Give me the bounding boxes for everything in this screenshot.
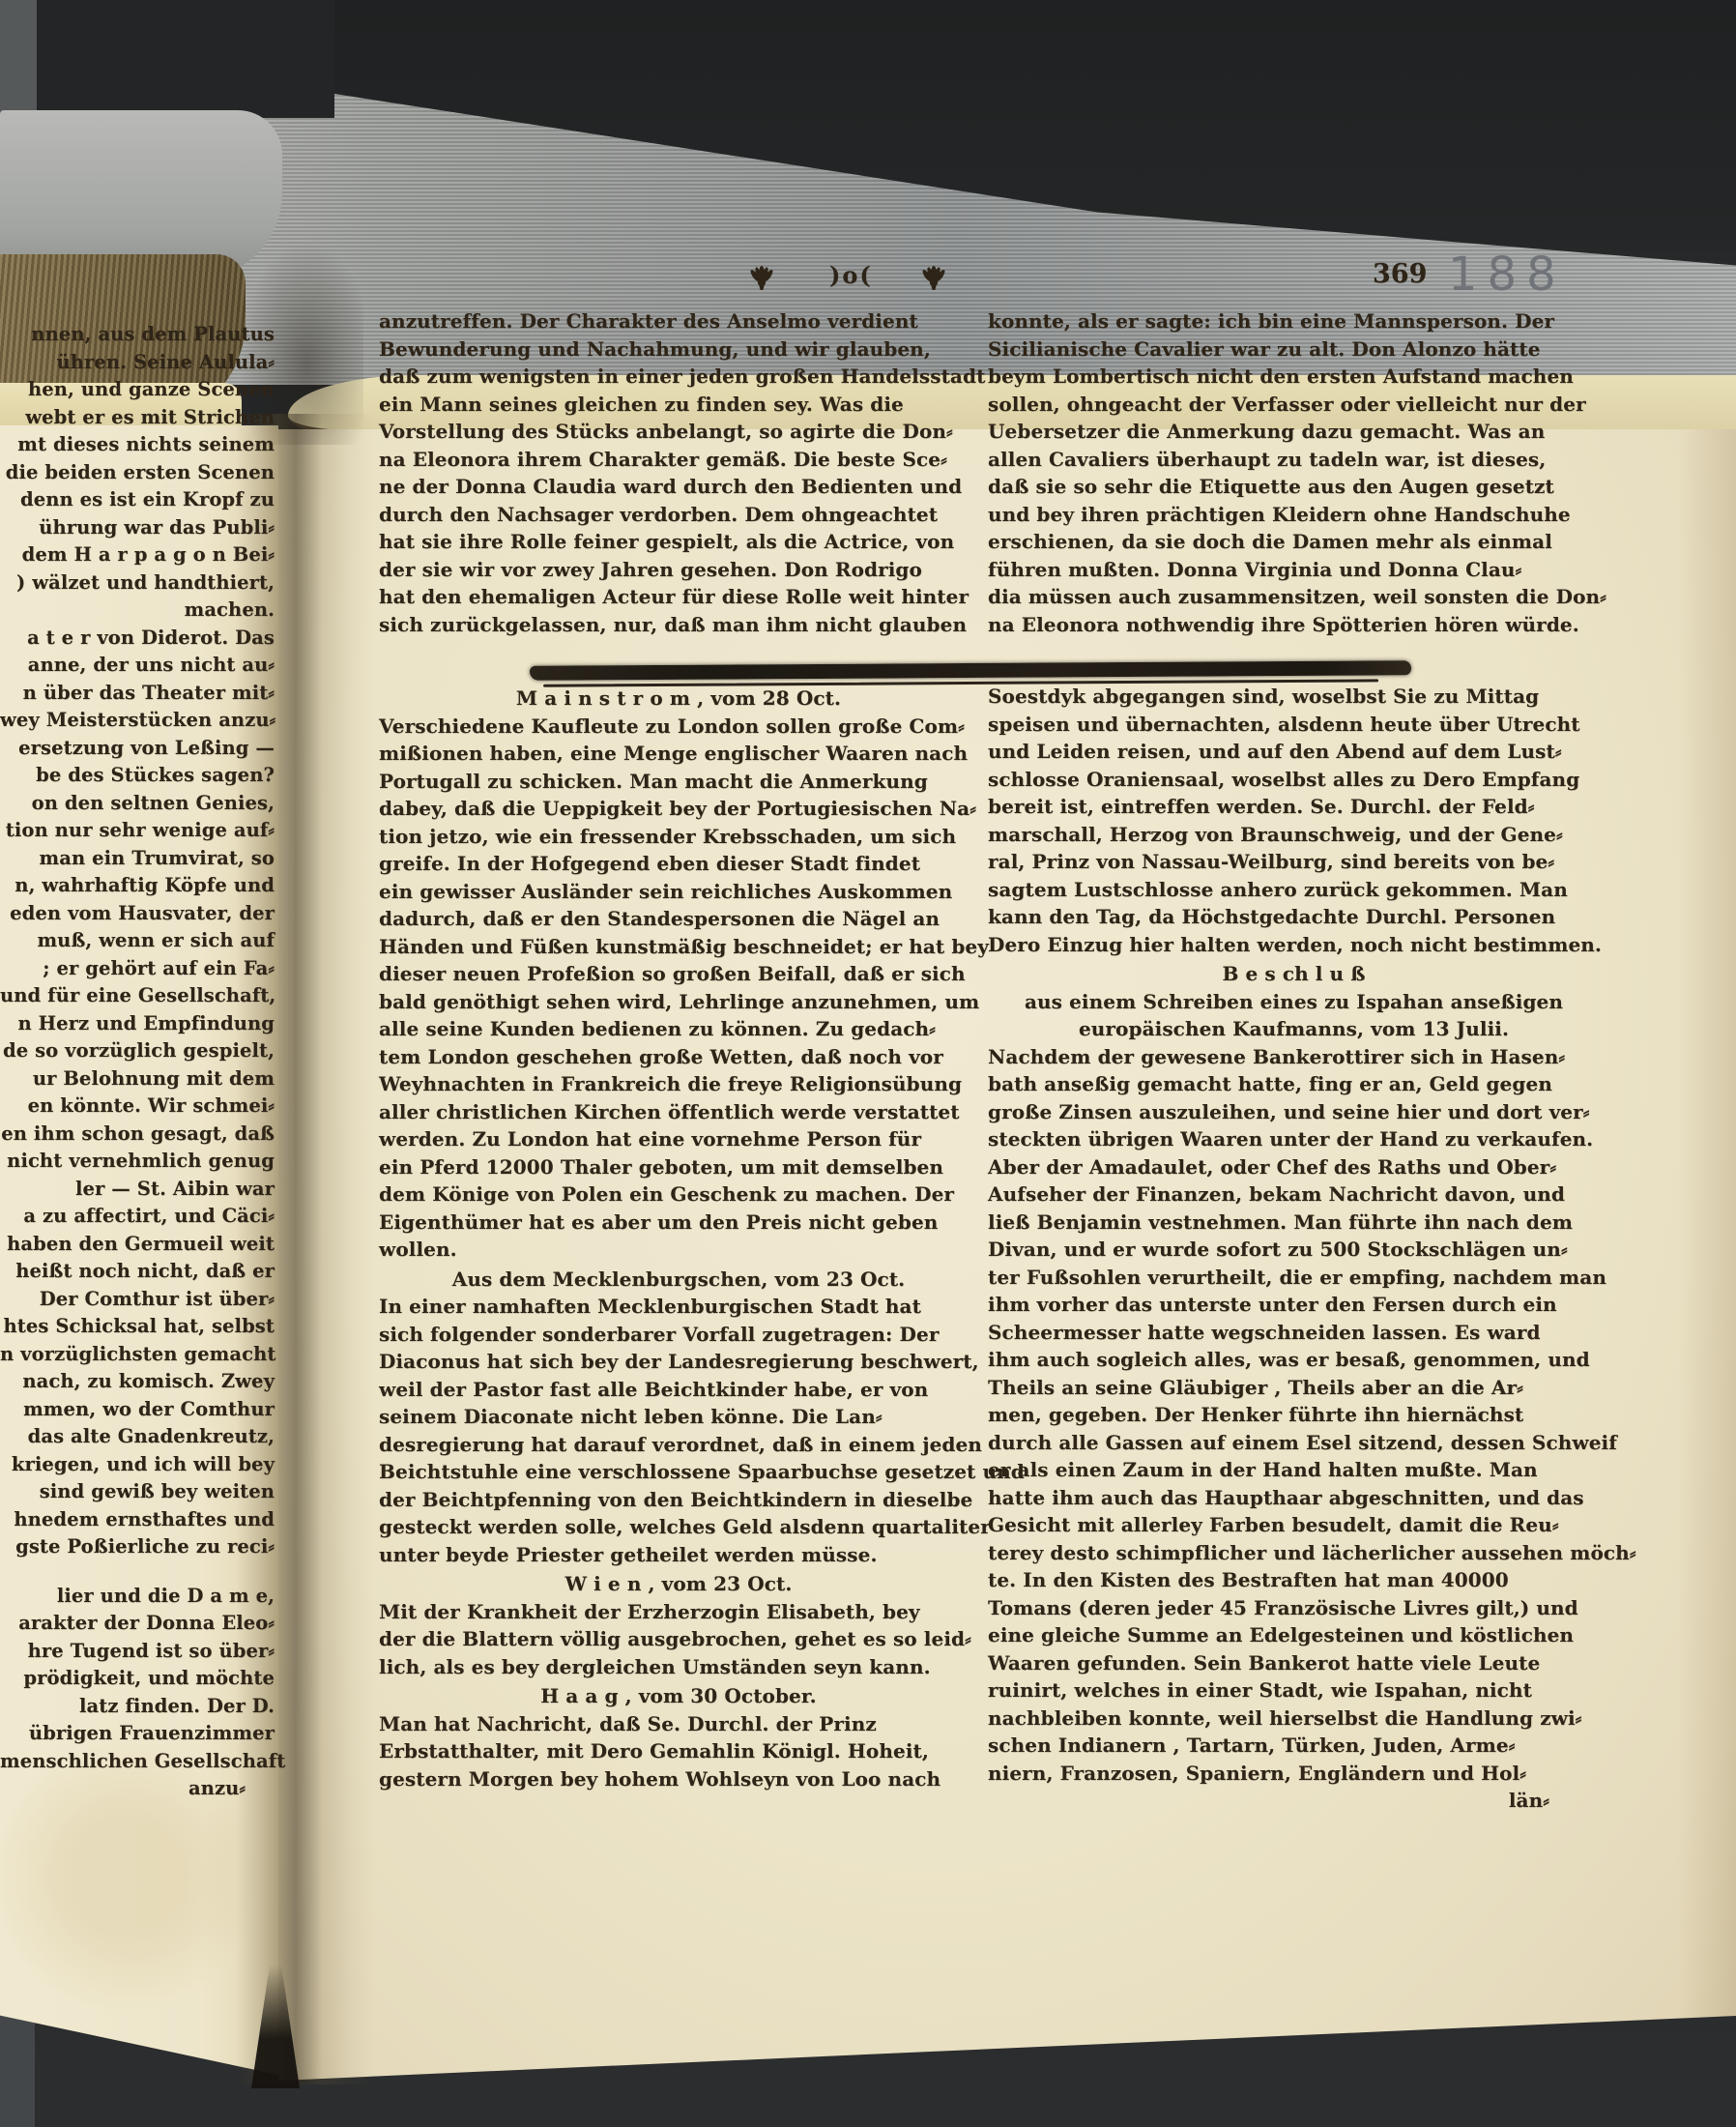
- text-line: konnte, als er sagte: ich bin eine Manns…: [988, 307, 1600, 335]
- section-lines: Man hat Nachricht, daß Se. Durchl. der P…: [379, 1710, 978, 1793]
- text-line: er als einen Zaum in der Hand halten muß…: [988, 1456, 1600, 1484]
- text-line: nnen, aus dem Plautus: [0, 321, 275, 349]
- text-line: lier und die D a m e,: [0, 1583, 275, 1611]
- text-line: ral, Prinz von Nassau-Weilburg, sind ber…: [988, 848, 1600, 876]
- text-line: Man hat Nachricht, daß Se. Durchl. der P…: [379, 1710, 978, 1738]
- text-line: und bey ihren prächtigen Kleidern ohne H…: [988, 501, 1600, 529]
- text-line: niern, Franzosen, Spaniern, Engländern u…: [988, 1760, 1600, 1788]
- text-line: Vorstellung des Stücks anbelangt, so agi…: [379, 418, 978, 446]
- text-line: nicht vernehmlich genug: [0, 1148, 275, 1176]
- text-line: haben den Germueil weit: [0, 1231, 275, 1259]
- section-heading: M a i n s t r o m , vom 28 Oct.: [379, 685, 978, 713]
- text-line: In einer namhaften Mecklenburgischen Sta…: [379, 1293, 978, 1321]
- text-line: schlosse Oraniensaal, woselbst alles zu …: [988, 766, 1600, 794]
- text-line: ter Fußsohlen verurtheilt, die er empfin…: [988, 1264, 1600, 1292]
- text-line: htes Schicksal hat, selbst: [0, 1313, 275, 1341]
- text-line: sollen, ohngeacht der Verfasser oder vie…: [988, 391, 1600, 419]
- text-line: ur Belohnung mit dem: [0, 1065, 275, 1093]
- text-line: sich zurückgelassen, nur, daß man ihm ni…: [379, 611, 978, 639]
- text-line: der sie wir vor zwey Jahren gesehen. Don…: [379, 556, 978, 584]
- text-line: Mit der Krankheit der Erzherzogin Elisab…: [379, 1598, 978, 1626]
- text-line: dadurch, daß er den Standespersonen die …: [379, 905, 978, 933]
- text-line: hre Tugend ist so über⸗: [0, 1638, 275, 1666]
- news-section-mecklenburg: Aus dem Mecklenburgschen, vom 23 Oct. In…: [379, 1266, 978, 1569]
- text-line: ührung war das Publi⸗: [0, 514, 275, 542]
- text-line: und Leiden reisen, und auf den Abend auf…: [988, 738, 1600, 766]
- text-line: dabey, daß die Ueppigkeit bey der Portug…: [379, 795, 978, 823]
- text-line: tem London geschehen große Wetten, daß n…: [379, 1043, 978, 1071]
- book-scan-photo: )o( 369 188 nnen, aus dem Plautusühren. …: [0, 0, 1736, 2127]
- catchword: län⸗: [988, 1787, 1600, 1815]
- text-line: schen Indianern , Tartarn, Türken, Juden…: [988, 1732, 1600, 1760]
- text-line: Dero Einzug hier halten werden, noch nic…: [988, 931, 1600, 959]
- text-line: ein Mann seines gleichen zu finden sey. …: [379, 391, 978, 419]
- text-line: gesteckt werden solle, welches Geld alsd…: [379, 1513, 978, 1541]
- text-line: Theils an seine Gläubiger , Theils aber …: [988, 1374, 1600, 1402]
- text-line: der Beichtpfenning von den Beichtkindern…: [379, 1486, 978, 1514]
- text-line: allen Cavaliers überhaupt zu tadeln war,…: [988, 446, 1600, 474]
- text-line: ) wälzet und handthiert,: [0, 569, 275, 597]
- text-line: erschienen, da sie doch die Damen mehr a…: [988, 528, 1600, 556]
- section-heading: Aus dem Mecklenburgschen, vom 23 Oct.: [379, 1266, 978, 1294]
- text-line: prödigkeit, und möchte: [0, 1665, 275, 1693]
- text-line: Erbstatthalter, mit Dero Gemahlin Königl…: [379, 1737, 978, 1765]
- text-line: übrigen Frauenzimmer: [0, 1720, 275, 1748]
- text-line: mt dieses nichts seinem: [0, 431, 275, 459]
- text-line: en könnte. Wir schmei⸗: [0, 1093, 275, 1121]
- text-line: terey desto schimpflicher und lächerlich…: [988, 1539, 1600, 1567]
- text-line: beym Lombertisch nicht den ersten Aufsta…: [988, 363, 1600, 391]
- text-line: n über das Theater mit⸗: [0, 680, 275, 708]
- text-line: Soestdyk abgegangen sind, woselbst Sie z…: [988, 683, 1600, 711]
- text-line: dia müssen auch zusammensitzen, weil son…: [988, 583, 1600, 611]
- text-line: tion nur sehr wenige auf⸗: [0, 817, 275, 845]
- text-line: durch alle Gassen auf einem Esel sitzend…: [988, 1429, 1600, 1457]
- text-line: on den seltnen Genies,: [0, 790, 275, 818]
- text-line: ruinirt, welches in einer Stadt, wie Isp…: [988, 1676, 1600, 1705]
- text-line: te. In den Kisten des Bestraften hat man…: [988, 1566, 1600, 1594]
- subtitle-line: aus einem Schreiben eines zu Ispahan ans…: [988, 988, 1600, 1016]
- text-line: anzutreffen. Der Charakter des Anselmo v…: [379, 307, 978, 335]
- text-line: man ein Trumvirat, so: [0, 845, 275, 873]
- text-line: denn es ist ein Kropf zu: [0, 486, 275, 514]
- text-line: speisen und übernachten, alsdenn heute ü…: [988, 711, 1600, 739]
- text-line: lich, als es bey dergleichen Umständen s…: [379, 1653, 978, 1681]
- text-line: Scheermesser hatte wegschneiden lassen. …: [988, 1319, 1600, 1347]
- text-line: Nachdem der gewesene Bankerottirer sich …: [988, 1043, 1600, 1071]
- text-line: dem H a r p a g o n Bei⸗: [0, 541, 275, 569]
- text-line: kann den Tag, da Höchstgedachte Durchl. …: [988, 903, 1600, 931]
- text-line: Bewunderung und Nachahmung, und wir glau…: [379, 335, 978, 364]
- text-line: mmen, wo der Comthur: [0, 1396, 275, 1424]
- left-page-text-column: nnen, aus dem Plautusühren. Seine Aulula…: [0, 321, 275, 1803]
- text-line: unter beyde Priester getheilet werden mü…: [379, 1541, 978, 1569]
- text-line: en ihm schon gesagt, daß: [0, 1121, 275, 1149]
- text-line: sind gewiß bey weiten: [0, 1478, 275, 1506]
- left-page-line-list-2: lier und die D a m e,arakter der Donna E…: [0, 1583, 275, 1776]
- book-cover-top-left: [0, 0, 334, 118]
- text-line: große Zinsen auszuleihen, und seine hier…: [988, 1098, 1600, 1126]
- shell-ornament-icon: [746, 263, 777, 298]
- text-line: daß zum wenigsten in einer jeden großen …: [379, 363, 978, 391]
- text-line: führen mußten. Donna Virginia und Donna …: [988, 556, 1600, 584]
- text-line: Portugall zu schicken. Man macht die Anm…: [379, 768, 978, 796]
- text-line: Sicilianische Cavalier war zu alt. Don A…: [988, 335, 1600, 364]
- text-line: wey Meisterstücken anzu⸗: [0, 707, 275, 735]
- text-line: gste Poßierliche zu reci⸗: [0, 1533, 275, 1561]
- text-line: desregierung hat darauf verordnet, daß i…: [379, 1431, 978, 1459]
- text-line: men, gegeben. Der Henker führte ihn hier…: [988, 1401, 1600, 1429]
- text-line: ler — St. Aibin war: [0, 1176, 275, 1204]
- text-line: ersetzung von Leßing —: [0, 735, 275, 763]
- text-line: Waaren gefunden. Sein Bankerot hatte vie…: [988, 1649, 1600, 1677]
- text-line: hen, und ganze Scenen: [0, 376, 275, 404]
- section-heading: W i e n , vom 23 Oct.: [379, 1570, 978, 1598]
- text-line: bald genöthigt sehen wird, Lehrlinge anz…: [379, 988, 978, 1016]
- text-line: a zu affectirt, und Cäci⸗: [0, 1203, 275, 1231]
- text-line: anne, der uns nicht au⸗: [0, 652, 275, 680]
- text-line: bereit ist, eintreffen werden. Se. Durch…: [988, 793, 1600, 821]
- text-line: Aufseher der Finanzen, bekam Nachricht d…: [988, 1180, 1600, 1209]
- text-line: n, wahrhaftig Köpfe und: [0, 872, 275, 900]
- text-line: seinem Diaconate nicht leben könne. Die …: [379, 1403, 978, 1431]
- shell-ornament-icon: [918, 263, 949, 298]
- folio-stamp: 188: [1448, 248, 1566, 302]
- text-line: ihm vorher das unterste unter den Fersen…: [988, 1291, 1600, 1319]
- text-line: webt er es mit Strichen: [0, 404, 275, 432]
- text-line: machen.: [0, 597, 275, 625]
- text-line: und für eine Gesellschaft,: [0, 982, 275, 1010]
- text-line: Tomans (deren jeder 45 Französische Livr…: [988, 1594, 1600, 1622]
- text-line: na Eleonora nothwendig ihre Spötterien h…: [988, 611, 1600, 639]
- section-subtitle-lines: aus einem Schreiben eines zu Ispahan ans…: [988, 988, 1600, 1043]
- section-heading: H a a g , vom 30 October.: [379, 1682, 978, 1710]
- page-number: 369: [1373, 259, 1427, 289]
- section-lines: Nachdem der gewesene Bankerottirer sich …: [988, 1043, 1600, 1788]
- text-line: be des Stückes sagen?: [0, 762, 275, 790]
- text-line: ne der Donna Claudia ward durch den Bedi…: [379, 473, 978, 501]
- text-line: Gesicht mit allerley Farben besudelt, da…: [988, 1511, 1600, 1539]
- text-line: nach, zu komisch. Zwey: [0, 1368, 275, 1396]
- review-lines: anzutreffen. Der Charakter des Anselmo v…: [379, 307, 978, 638]
- text-line: Divan, und er wurde sofort zu 500 Stocks…: [988, 1236, 1600, 1264]
- text-line: Diaconus hat sich bey der Landesregierun…: [379, 1348, 978, 1376]
- text-line: tion jetzo, wie ein fressender Krebsscha…: [379, 823, 978, 851]
- text-line: ein Pferd 12000 Thaler geboten, um mit d…: [379, 1153, 978, 1181]
- text-line: steckten übrigen Waaren unter der Hand z…: [988, 1125, 1600, 1153]
- text-line: arakter der Donna Eleo⸗: [0, 1610, 275, 1638]
- news-section-mainstrom: M a i n s t r o m , vom 28 Oct. Verschie…: [379, 685, 978, 1264]
- text-line: ließ Benjamin vestnehmen. Man führte ihn…: [988, 1209, 1600, 1237]
- news-section-haag: H a a g , vom 30 October. Man hat Nachri…: [379, 1682, 978, 1792]
- text-line: Händen und Füßen kunstmäßig beschneidet;…: [379, 933, 978, 961]
- right-page-column-2: konnte, als er sagte: ich bin eine Manns…: [988, 307, 1600, 1815]
- subtitle-line: europäischen Kaufmanns, vom 13 Julii.: [988, 1015, 1600, 1043]
- text-line: Verschiedene Kaufleute zu London sollen …: [379, 713, 978, 741]
- catchword: anzu⸗: [0, 1775, 275, 1803]
- text-line: das alte Gnadenkreutz,: [0, 1423, 275, 1451]
- text-line: die beiden ersten Scenen: [0, 459, 275, 487]
- text-line: ein gewisser Ausländer sein reichliches …: [379, 878, 978, 906]
- text-line: a t e r von Diderot. Das: [0, 625, 275, 653]
- text-line: mißionen haben, eine Menge englischer Wa…: [379, 740, 978, 768]
- text-line: latz finden. Der D.: [0, 1693, 275, 1721]
- text-line: hatte ihm auch das Haupthaar abgeschnitt…: [988, 1484, 1600, 1512]
- text-line: hat sie ihre Rolle feiner gespielt, als …: [379, 528, 978, 556]
- text-line: hnedem ernsthaftes und: [0, 1506, 275, 1534]
- text-line: bath anseßig gemacht hatte, fing er an, …: [988, 1070, 1600, 1098]
- text-line: kriegen, und ich will bey: [0, 1451, 275, 1479]
- text-line: alle seine Kunden bedienen zu können. Zu…: [379, 1015, 978, 1043]
- text-line: ühren. Seine Aulula⸗: [0, 349, 275, 377]
- text-line: ihm auch sogleich alles, was er besaß, g…: [988, 1346, 1600, 1374]
- text-line: wollen.: [379, 1236, 978, 1264]
- text-line: dem Könige von Polen ein Geschenk zu mac…: [379, 1180, 978, 1209]
- text-line: aller christlichen Kirchen öffentlich we…: [379, 1098, 978, 1126]
- text-line: Beichtstuhle eine verschlossene Spaarbuc…: [379, 1458, 978, 1486]
- section-lines: Mit der Krankheit der Erzherzogin Elisab…: [379, 1598, 978, 1681]
- text-line: na Eleonora ihrem Charakter gemäß. Die b…: [379, 446, 978, 474]
- text-line: de so vorzüglich gespielt,: [0, 1037, 275, 1065]
- text-line: der die Blattern völlig ausgebrochen, ge…: [379, 1625, 978, 1653]
- text-line: marschall, Herzog von Braunschweig, und …: [988, 821, 1600, 849]
- text-line: n Herz und Empfindung: [0, 1010, 275, 1038]
- right-page-column-1: anzutreffen. Der Charakter des Anselmo v…: [379, 307, 978, 1792]
- text-line: weil der Pastor fast alle Beichtkinder h…: [379, 1376, 978, 1404]
- text-line: Uebersetzer die Anmerkung dazu gemacht. …: [988, 418, 1600, 446]
- text-line: Eigenthümer hat es aber um den Preis nic…: [379, 1209, 978, 1237]
- text-line: Aber der Amadaulet, oder Chef des Raths …: [988, 1153, 1600, 1181]
- text-line: heißt noch nicht, daß er: [0, 1258, 275, 1286]
- haag-continuation-lines: Soestdyk abgegangen sind, woselbst Sie z…: [988, 683, 1600, 958]
- text-line: sich folgender sonderbarer Vorfall zuget…: [379, 1321, 978, 1349]
- text-line: n vorzüglichsten gemacht: [0, 1341, 275, 1369]
- news-section-wien: W i e n , vom 23 Oct. Mit der Krankheit …: [379, 1570, 978, 1680]
- text-line: Weyhnachten in Frankreich die freye Reli…: [379, 1070, 978, 1098]
- left-page-line-list: nnen, aus dem Plautusühren. Seine Aulula…: [0, 321, 275, 1561]
- text-line: eine gleiche Summe an Edelgesteinen und …: [988, 1621, 1600, 1649]
- text-line: greife. In der Hofgegend eben dieser Sta…: [379, 850, 978, 878]
- text-line: menschlichen Gesellschaft: [0, 1748, 275, 1776]
- text-line: dieser neuen Profeßion so großen Beifall…: [379, 960, 978, 988]
- text-line: werden. Zu London hat eine vornehme Pers…: [379, 1125, 978, 1153]
- news-section-beschluss: B e s ch l u ß aus einem Schreiben eines…: [988, 960, 1600, 1787]
- text-line: gestern Morgen bey hohem Wohlseyn von Lo…: [379, 1765, 978, 1793]
- text-line: muß, wenn er sich auf: [0, 927, 275, 955]
- text-line: hat den ehemaligen Acteur für diese Roll…: [379, 583, 978, 611]
- section-lines: In einer namhaften Mecklenburgischen Sta…: [379, 1293, 978, 1568]
- text-line: durch den Nachsager verdorben. Dem ohnge…: [379, 501, 978, 529]
- section-lines: Verschiedene Kaufleute zu London sollen …: [379, 713, 978, 1264]
- text-line: eden vom Hausvater, der: [0, 900, 275, 928]
- paragraph-gap: [0, 1561, 275, 1583]
- text-line: ; er gehört auf ein Fa⸗: [0, 955, 275, 983]
- text-line: sagtem Lustschlosse anhero zurück gekomm…: [988, 876, 1600, 904]
- section-heading: B e s ch l u ß: [988, 960, 1600, 988]
- text-line: nachbleiben konnte, weil hierselbst die …: [988, 1705, 1600, 1733]
- review-lines: konnte, als er sagte: ich bin eine Manns…: [988, 307, 1600, 638]
- header-center-mark: )o(: [829, 261, 873, 289]
- text-line: Der Comthur ist über⸗: [0, 1286, 275, 1314]
- text-line: daß sie so sehr die Etiquette aus den Au…: [988, 473, 1600, 501]
